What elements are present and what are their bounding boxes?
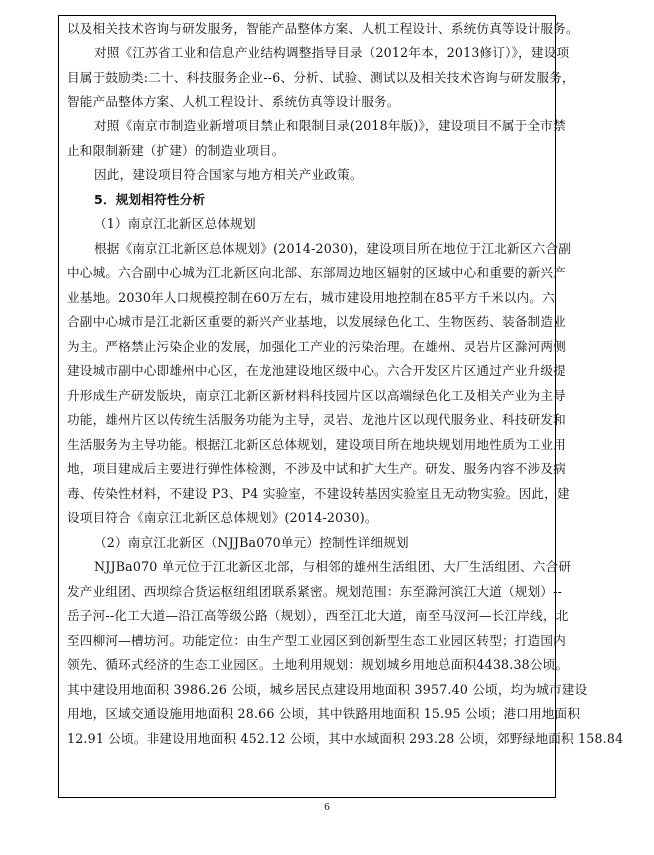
text-line: 用地，区域交通设施用地面积 28.66 公顷，其中铁路用地面积 15.95 公顷… xyxy=(67,702,549,726)
document-frame: 以及相关技术咨询与研发服务，智能产品整体方案、人机工程设计、系统仿真等设计服务。… xyxy=(58,15,556,798)
text-line: 至四柳河—槽坊河。功能定位：由生产型工业园区到创新型生态工业园区转型；打造国内 xyxy=(67,629,549,653)
text-line: 岳子河--化工大道—沿江高等级公路（规划），西至江北大道，南至马汊河—长江岸线，… xyxy=(67,604,549,628)
text-line: 止和限制新建（扩建）的制造业项目。 xyxy=(67,139,549,163)
text-line: 地，项目建成后主要进行弹性体检测，不涉及中试和扩大生产。研发、服务内容不涉及病 xyxy=(67,457,549,481)
text-line: 领先、循环式经济的生态工业园区。土地利用规划：规划城乡用地总面积4438.38公… xyxy=(67,653,549,677)
text-line: 12.91 公顷。非建设用地面积 452.12 公顷，其中水域面积 293.28… xyxy=(67,727,549,751)
text-line: 设项目符合《南京江北新区总体规划》(2014-2030)。 xyxy=(67,506,549,530)
text-line: 建设城市副中心即雄州中心区，在龙池建设地区级中心。六合开发区片区通过产业升级提 xyxy=(67,359,549,383)
text-line: 生活服务为主导功能。根据江北新区总体规划，建设项目所在地块规划用地性质为工业用 xyxy=(67,433,549,457)
text-line: 中心城。六合副中心城为江北新区向北部、东部周边地区辐射的区域中心和重要的新兴产 xyxy=(67,261,549,285)
text-line: 根据《南京江北新区总体规划》(2014-2030)，建设项目所在地位于江北新区六… xyxy=(94,237,549,261)
text-line: 发产业组团、西坝综合货运枢纽组团联系紧密。规划范围：东至滁河滨江大道（规划）-- xyxy=(67,580,549,604)
text-line: 智能产品整体方案、人机工程设计、系统仿真等设计服务。 xyxy=(67,90,549,114)
text-line: 其中建设用地面积 3986.26 公顷，城乡居民点建设用地面积 3957.40 … xyxy=(67,678,549,702)
page-number: 6 xyxy=(0,801,654,813)
text-line: 合副中心城市是江北新区重要的新兴产业基地，以发展绿色化工、生物医药、装备制造业 xyxy=(67,310,549,334)
text-line: 因此，建设项目符合国家与地方相关产业政策。 xyxy=(94,163,549,187)
subsection-heading: （2）南京江北新区（NJJBa070单元）控制性详细规划 xyxy=(94,531,549,555)
text-line: 为主。严格禁止污染企业的发展，加强化工产业的污染治理。在雄州、灵岩片区滁河两侧 xyxy=(67,335,549,359)
text-line: 功能，雄州片区以传统生活服务功能为主导，灵岩、龙池片区以现代服务业、科技研发和 xyxy=(67,408,549,432)
section-heading: 5．规划相符性分析 xyxy=(94,188,549,212)
text-line: 毒、传染性材料，不建设 P3、P4 实验室，不建设转基因实验室且无动物实验。因此… xyxy=(67,482,549,506)
text-line: 以及相关技术咨询与研发服务，智能产品整体方案、人机工程设计、系统仿真等设计服务。 xyxy=(67,17,549,41)
subsection-heading: （1）南京江北新区总体规划 xyxy=(94,212,549,236)
text-line: NJJBa070 单元位于江北新区北部，与相邻的雄州生活组团、大厂生活组团、六合… xyxy=(94,555,549,579)
text-line: 升形成生产研发版块，南京江北新区新材料科技园片区以高端绿色化工及相关产业为主导 xyxy=(67,384,549,408)
text-line: 目属于鼓励类:二十、科技服务企业--6、分析、试验、测试以及相关技术咨询与研发服… xyxy=(67,66,549,90)
text-line: 对照《江苏省工业和信息产业结构调整指导目录（2012年本，2013修订）》，建设… xyxy=(94,41,549,65)
text-line: 对照《南京市制造业新增项目禁止和限制目录(2018年版)》，建设项目不属于全市禁 xyxy=(94,114,549,138)
text-line: 业基地。2030年人口规模控制在60万左右，城市建设用地控制在85平方千米以内。… xyxy=(67,286,549,310)
